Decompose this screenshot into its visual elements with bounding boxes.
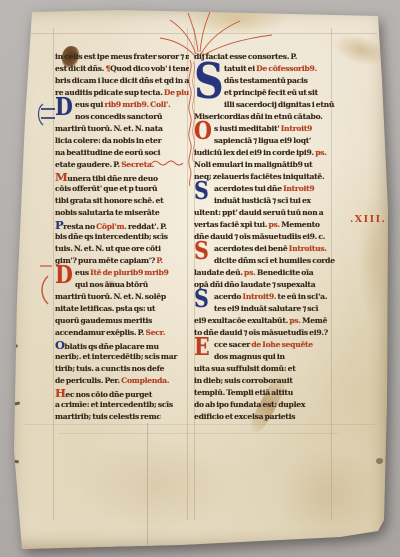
text-line: eus Itē de plurib9 mrib9 [55, 267, 189, 279]
rubric-text: de Iohe sequēte [251, 340, 313, 349]
body-text: licia colere: da nobis in eter [55, 136, 161, 145]
body-text: dos magnus qui in [214, 352, 285, 361]
text-line: tirib; tuis. a cunctis nos defe [55, 363, 189, 375]
illuminated-initial: O [55, 339, 65, 351]
sewing-hole [10, 209, 17, 213]
text-line: cce sacer de Iohe sequēte [194, 339, 335, 351]
body-text: eus [75, 268, 90, 277]
text-line: to dñe dauid ⁊ oīs māsuetudīs ei9.? [194, 327, 335, 339]
text-line: quorū gaudemus meritis [55, 315, 189, 327]
body-text: nos concedis sanctorū [75, 112, 162, 121]
text-line: acerdotes tui dñe Introit9 [194, 183, 335, 195]
leaf-shadow-wrap: in celis est ipe meus frater soror ⁊ mre… [0, 0, 400, 557]
text-line: in dieb; suis corroborauit [194, 375, 335, 387]
sewing-hole [10, 298, 16, 302]
rubric-text: Itē de plurib9 mrib9 [90, 268, 168, 277]
body-text: tes ei9 induāt salutare ⁊ scī [214, 304, 318, 313]
body-text: Misericordias dñi in etnū cātabo. [194, 112, 323, 121]
body-text: ultent: ppt' dauid seruū tuū non a [194, 208, 323, 217]
body-text: nobis salutaria te miserāte [55, 208, 159, 217]
body-text: nerib;. et intercedētib; scīs mar [55, 352, 177, 361]
text-line: nerib;. et intercedētib; scīs mar [55, 351, 189, 363]
body-text: tirib; tuis. a cunctis nos defe [55, 364, 164, 373]
illuminated-initial: S [194, 241, 209, 261]
illuminated-initial: P [55, 219, 63, 231]
rubric-text: De plu [164, 88, 189, 97]
text-line: gim'? pura mēte capiam'? P. [55, 255, 189, 267]
text-line: opā dñi dño laudate ⁊ supexalta [194, 279, 335, 291]
body-text: etate gaudere. P. [55, 160, 121, 169]
body-text: reddat'. P. [127, 222, 167, 231]
ruling-line [25, 424, 375, 425]
sewing-hole [10, 126, 16, 130]
ruling-line [58, 433, 338, 434]
text-line: Oblatis qs dñe placare mu [55, 339, 189, 351]
body-text: induāt iusticiā ⁊ scī tui ex [214, 196, 311, 205]
illuminated-initial: D [55, 97, 73, 117]
text-line: edificio et excelsa parietis [194, 411, 335, 423]
body-text: dñe dauid ⁊ oīs māsuetudīis ei9. c. [194, 232, 325, 241]
rubric-text: ps. [268, 220, 279, 229]
body-text: tuis. N. et. N. ut que ore cōti [55, 244, 161, 253]
text-line: vertas faciē xpī tui. ps. Memento [194, 219, 335, 231]
illuminated-initial: O [194, 121, 212, 141]
text-line: tibi grata sit honore schē. et [55, 195, 189, 207]
body-text: acerdotes dei benē [214, 244, 289, 253]
rubric-text: ps. [315, 148, 326, 157]
sewing-hole [12, 252, 18, 256]
text-line: acerdotes dei benē Introitus. [194, 243, 335, 255]
illuminated-initial: S [194, 61, 224, 101]
illuminated-initial: M [55, 171, 67, 183]
body-text: martirū tuorū. N. et. N. nata [55, 124, 163, 133]
text-line: nobis salutaria te miserāte [55, 207, 189, 219]
text-line: de periculis. Per. Complenda. [55, 375, 189, 387]
body-text: dñs testamentū pacis [224, 76, 308, 85]
text-line: re auditis pdicate sup tecta. De plu [55, 87, 189, 99]
body-text: laudate deū. [194, 268, 244, 277]
text-line: Noli emulari in malignātib9 ut [194, 159, 335, 171]
rubric-text: Secreta. [121, 160, 154, 169]
text-line: induāt iusticiā ⁊ scī tui ex [194, 195, 335, 207]
text-line: do ab ipo fundata est: duplex [194, 399, 335, 411]
body-text: do ab ipo fundata est: duplex [194, 400, 305, 409]
sewing-hole [12, 343, 19, 348]
body-text: uita sua suffulsit domū: et [194, 364, 295, 373]
text-line: templū. Templi etiā altitu [194, 387, 335, 399]
text-line: dos magnus qui in [194, 351, 335, 363]
illuminated-initial: S [194, 181, 209, 201]
body-text: cce sacer [214, 340, 251, 349]
rubric-text: Introit9 [281, 124, 312, 133]
body-text: acerdo [214, 292, 243, 301]
body-text: Memento [280, 220, 320, 229]
text-line: na beatitudine de eorū soci [55, 147, 189, 159]
text-line: uita sua suffulsit domū: et [194, 363, 335, 375]
body-text: quorū gaudemus meritis [55, 316, 152, 325]
text-column-right: dij faciat esse consortes. P.Statuit ei … [194, 51, 335, 423]
text-line: sapienciā ⁊ ligua ei9 loqt' [194, 135, 335, 147]
body-text: ec nos cōio dñe purget [65, 390, 152, 399]
text-line: dñe dauid ⁊ oīs māsuetudīis ei9. c. [194, 231, 335, 243]
stain [358, 193, 392, 323]
text-line: in celis est ipe meus frater soror ⁊ mr [55, 51, 189, 63]
body-text: neq; zelaueris faciētes iniquitatē. [194, 172, 324, 181]
text-line: qui nos ānua btōrū [55, 279, 189, 291]
sewing-hole [12, 167, 19, 171]
text-line: Presta no Cōpl'm. reddat'. P. [55, 219, 189, 231]
rubric-text: Introit9 [283, 184, 314, 193]
body-text: sapienciā ⁊ ligua ei9 loqt' [214, 136, 311, 145]
body-text: in celis est ipe meus frater soror ⁊ mr [55, 52, 189, 61]
illuminated-initial: S [194, 289, 209, 309]
rubric-text: Complenda. [121, 376, 169, 385]
sewing-hole [13, 460, 19, 464]
stain [376, 458, 383, 464]
text-line: eus qui rib9 mrib9. Coll'. [55, 99, 189, 111]
body-text: vertas faciē xpī tui. [194, 220, 268, 229]
text-line: bis dñe qs intercedentib; scīs [55, 231, 189, 243]
body-text: acerdotes tui dñe [214, 184, 283, 193]
rubric-text: ps. [289, 316, 300, 325]
body-text: templū. Templi etiā altitu [194, 388, 293, 397]
ruling-line [53, 28, 54, 520]
body-text: illi sacerdocij dignitas i etnū. [224, 100, 335, 109]
text-line: martirū tuorū. N. et. N. solēp [55, 291, 189, 303]
text-line: laudate deū. ps. Benedicite oīa [194, 267, 335, 279]
body-text: Quod dico vob' i tene [110, 64, 189, 73]
body-text: et principē fecit eū ut sit [224, 88, 318, 97]
stain [275, 446, 380, 544]
illuminated-initial: D [55, 265, 73, 285]
body-text: tatuit ei [224, 64, 256, 73]
text-line: s iusti meditabit' Introit9 [194, 123, 335, 135]
text-line: cōis offerūt' que et p tuorū [55, 183, 189, 195]
body-text: ei9 exultacōe exultabūt. [194, 316, 289, 325]
body-text: Memē [301, 316, 327, 325]
body-text: de periculis. Per. [55, 376, 121, 385]
body-text: martirū tuorū. N. et. N. solēp [55, 292, 166, 301]
rubric-text: Introit9. [243, 292, 277, 301]
rubric-text: ps. [244, 268, 255, 277]
body-text: tibi grata sit honore schē. et [55, 196, 163, 205]
body-text: est dicit dñs. [55, 64, 105, 73]
stain [329, 29, 392, 71]
body-text: Noli emulari in malignātib9 ut [194, 160, 312, 169]
body-text: te eū in scl'a. [276, 292, 327, 301]
rubric-text: P. [156, 256, 163, 265]
sewing-hole [14, 401, 20, 405]
body-text: opā dñi dño laudate ⁊ supexalta [194, 280, 315, 289]
text-line: ei9 exultacōe exultabūt. ps. Memē [194, 315, 335, 327]
text-line: est dicit dñs. ¶Quod dico vob' i tene [55, 63, 189, 75]
rubric-text: De cōfessorib9. [256, 64, 317, 73]
body-text: na beatitudine de eorū soci [55, 148, 160, 157]
illuminated-initial: H [55, 387, 65, 399]
text-line: acerdo Introit9. te eū in scl'a. [194, 291, 335, 303]
text-line: Munera tibi dñe nre deuo [55, 171, 189, 183]
body-text: to dñe dauid ⁊ oīs māsuetudīs ei9.? [194, 328, 328, 337]
stain [80, 436, 230, 536]
text-line: dicite dñm scī et humiles corde [194, 255, 335, 267]
text-line: Misericordias dñi in etnū cātabo. [194, 111, 335, 123]
body-text: resta no [63, 222, 96, 231]
body-text: a crimīe: et intercedentib; scīs [55, 400, 173, 409]
body-text: s iusti meditabit' [214, 124, 281, 133]
text-line: neq; zelaueris faciētes iniquitatē. [194, 171, 335, 183]
text-line: Hec nos cōio dñe purget [55, 387, 189, 399]
rubric-text: Secr. [145, 328, 165, 337]
body-text: eus qui [75, 100, 104, 109]
photo-backdrop: in celis est ipe meus frater soror ⁊ mre… [0, 0, 400, 557]
text-line: martirū tuorū. N. et. N. nata [55, 123, 189, 135]
illuminated-initial: E [194, 337, 210, 357]
text-line: ultent: ppt' dauid seruū tuū non a [194, 207, 335, 219]
text-column-left: in celis est ipe meus frater soror ⁊ mre… [55, 51, 189, 423]
body-text: unera tibi dñe nre deuo [67, 174, 158, 183]
text-line: martirib; tuis celestis remc [55, 411, 189, 423]
sewing-hole [12, 87, 19, 92]
text-line: a crimīe: et intercedentib; scīs [55, 399, 189, 411]
folio-number: .XIII. [350, 214, 386, 225]
text-line: licia colere: da nobis in eter [55, 135, 189, 147]
parchment-crease [147, 423, 148, 545]
text-line: tes ei9 induāt salutare ⁊ scī [194, 303, 335, 315]
body-text: bris dicam i luce dicit dñs et qd in au [55, 76, 189, 85]
text-line: etate gaudere. P. Secreta. [55, 159, 189, 171]
body-text: cōis offerūt' que et p tuorū [55, 184, 157, 193]
stain [180, 2, 290, 36]
ruling-line [25, 33, 377, 34]
body-text: Benedicite oīa [256, 268, 314, 277]
body-text: qui nos ānua btōrū [75, 280, 148, 289]
body-text: blatis qs dñe placare mu [65, 342, 159, 351]
text-line: nos concedis sanctorū [55, 111, 189, 123]
body-text: martirib; tuis celestis remc [55, 412, 161, 421]
text-line: bris dicam i luce dicit dñs et qd in au [55, 75, 189, 87]
text-line: tuis. N. et. N. ut que ore cōti [55, 243, 189, 255]
text-line: iudiciū lex dei ei9 in corde ipi9. ps. [194, 147, 335, 159]
body-text: in dieb; suis corroborauit [194, 376, 293, 385]
text-line: accendamur exēplis. P. Secr. [55, 327, 189, 339]
body-text: nitate letificas. psta qs: ut [55, 304, 155, 313]
body-text: accendamur exēplis. P. [55, 328, 145, 337]
rubric-text: Introitus. [289, 244, 327, 253]
text-line: nitate letificas. psta qs: ut [55, 303, 189, 315]
body-text: dicite dñm scī et humiles corde [214, 256, 335, 265]
body-text: iudiciū lex dei ei9 in corde ipi9. [194, 148, 315, 157]
body-text: edificio et excelsa parietis [194, 412, 295, 421]
rubric-text: Cōpl'm. [96, 222, 127, 231]
manuscript-leaf: in celis est ipe meus frater soror ⁊ mre… [10, 8, 391, 551]
rubric-text: rib9 mrib9. Coll'. [104, 100, 170, 109]
body-text: bis dñe qs intercedentib; scīs [55, 232, 168, 241]
